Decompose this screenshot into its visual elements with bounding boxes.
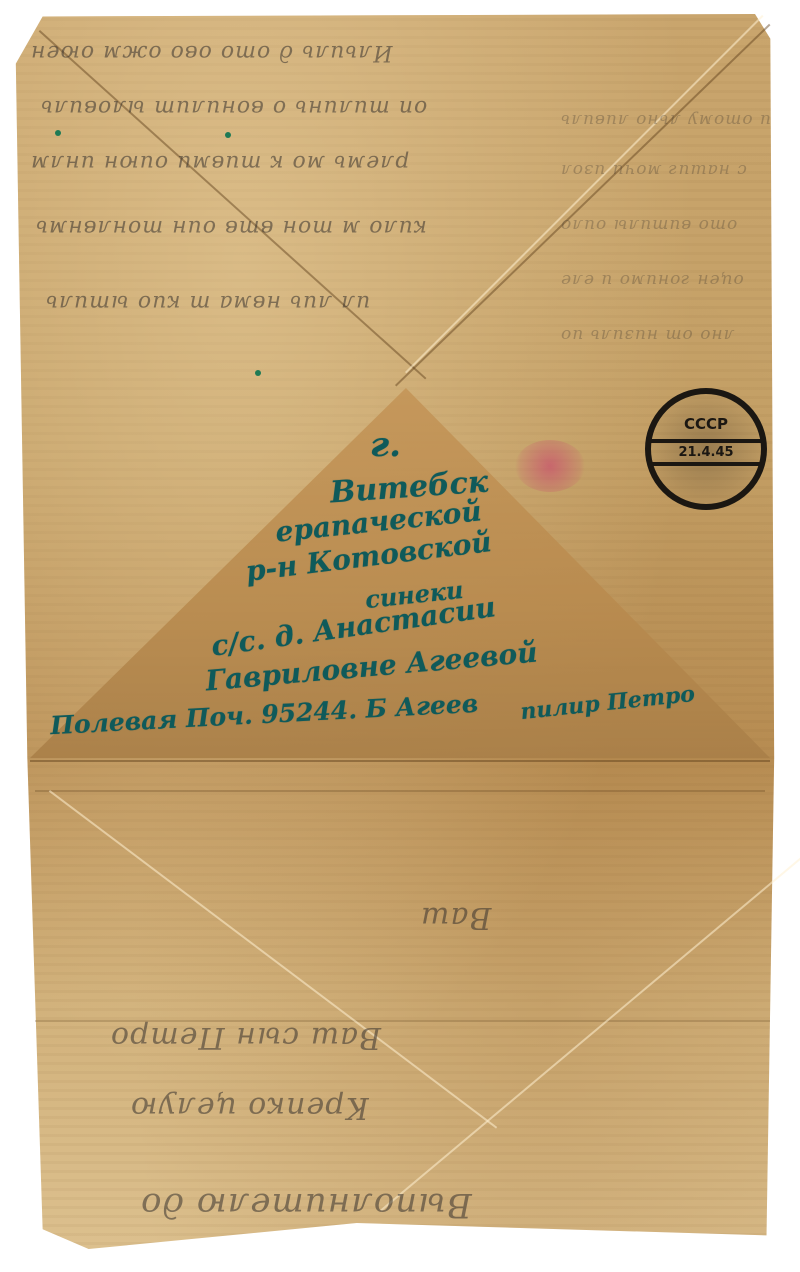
pencil-line: с нашиг мочи изол xyxy=(560,160,747,180)
pencil-signature: Ваш xyxy=(420,900,491,935)
postmark-date: 21.4.45 xyxy=(651,439,761,466)
ink-dot xyxy=(55,130,61,136)
pencil-line: лно от низиль ио xyxy=(560,325,734,345)
pencil-line: Выполнителю до xyxy=(140,1185,472,1225)
pencil-line: Крепко целую xyxy=(130,1090,369,1125)
address-city-prefix: г. xyxy=(370,425,401,465)
pink-ink-stain xyxy=(515,440,585,492)
pencil-line: Ваш сын Петро xyxy=(110,1020,381,1055)
pencil-line: ото витилы оило xyxy=(560,215,737,235)
ink-dot xyxy=(225,132,231,138)
pencil-line: оцен гонимо и еле xyxy=(560,270,744,290)
fold-line-horizontal-2 xyxy=(35,790,765,792)
postmark-stamp: СССР 21.4.45 xyxy=(645,388,767,510)
pencil-line: и отому льно ливиль xyxy=(560,110,771,130)
pencil-line: ил лиь нвма т кио ытиль xyxy=(45,290,370,315)
pencil-line: оп тилинь о вонилит ыловиль xyxy=(40,95,427,120)
ink-dot xyxy=(255,370,261,376)
pencil-line: Ильиль д ото ово ожм оюен xyxy=(30,40,393,65)
pencil-line: рлемь мо к тивми оиюн инлм xyxy=(30,150,409,175)
fold-line-horizontal xyxy=(30,760,770,762)
postmark-country: СССР xyxy=(684,415,728,433)
pencil-line: кило м тон втв оин тонлвнмь xyxy=(35,215,427,240)
